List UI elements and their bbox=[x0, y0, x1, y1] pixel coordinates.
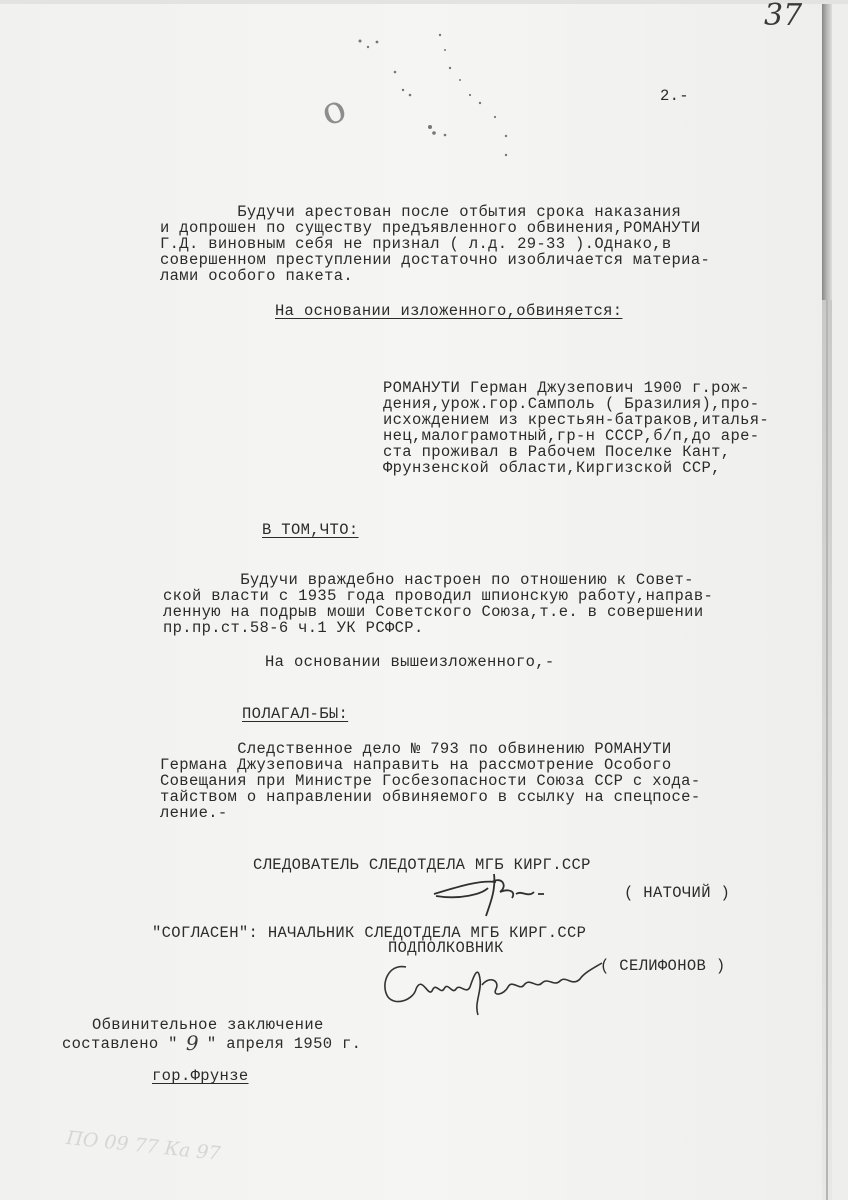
proposal-line: Следственное дело № 793 по обвинению РОМ… bbox=[160, 741, 672, 757]
accused-line: дения,урож.гор.Самполь ( Бразилия),про- bbox=[383, 396, 759, 412]
intro-line: Будучи арестован после отбытия срока нак… bbox=[160, 204, 681, 220]
accused-line: Фрунзенской области,Киргизской ССР, bbox=[383, 460, 721, 476]
page-top-border bbox=[0, 0, 848, 4]
investigator-signature bbox=[430, 870, 550, 920]
proposal-line: тайством о направлении обвиняемого в ссы… bbox=[160, 789, 700, 805]
closing-prefix: составлено " bbox=[62, 1035, 178, 1053]
intro-line: и допрошен по существу предъявленного об… bbox=[160, 220, 700, 236]
approver-signature bbox=[370, 945, 630, 1025]
basis-line: На основании вышеизложенного,- bbox=[265, 654, 555, 670]
intro-line: лами особого пакета. bbox=[160, 268, 353, 284]
faint-dotted-marks bbox=[320, 25, 520, 165]
charge-line: ской власти с 1935 года проводил шпионск… bbox=[163, 588, 713, 604]
proposal-line: Германа Джузеповича направить на рассмот… bbox=[160, 757, 672, 773]
closing-suffix: " апреля 1950 г. bbox=[207, 1035, 361, 1053]
charge-line: ленную на подрыв моши Советского Союза,т… bbox=[163, 604, 703, 620]
accused-line: нец,малограмотный,гр-н СССР,б/п,до аре- bbox=[383, 428, 759, 444]
closing-line-1: Обвинительное заключение bbox=[92, 1017, 324, 1033]
investigator-name: ( НАТОЧИЙ ) bbox=[624, 885, 730, 901]
accused-line: исхождением из крестьян-батраков,италья- bbox=[383, 412, 769, 428]
page-number: 2.- bbox=[660, 88, 689, 104]
sheet-number-handwritten: 37 bbox=[764, 0, 802, 33]
accused-line: ста проживал в Рабочем Поселке Кант, bbox=[383, 444, 730, 460]
heading-accused: На основании изложенного,обвиняется: bbox=[275, 303, 622, 319]
proposal-line: ление.- bbox=[160, 805, 228, 821]
city: гор.Фрунзе bbox=[152, 1068, 249, 1084]
faint-back-mark: ПО 09 77 Ка 97 bbox=[65, 1127, 221, 1165]
charge-line: пр.пр.ст.58-6 ч.1 УК РСФСР. bbox=[163, 620, 424, 636]
intro-line: Г.Д. виновным себя не признал ( л.д. 29-… bbox=[160, 236, 672, 252]
accused-line: РОМАНУТИ Герман Джузепович 1900 г.рож- bbox=[383, 380, 750, 396]
heading-proposed: ПОЛАГАЛ-БЫ: bbox=[242, 706, 348, 722]
proposal-line: Совещания при Министре Госбезопасности С… bbox=[160, 773, 700, 789]
approved-label: "СОГЛАСЕН": НАЧАЛЬНИК СЛЕДОТДЕЛА МГБ КИР… bbox=[152, 925, 586, 941]
charge-line: Будучи враждебно настроен по отношению к… bbox=[163, 572, 694, 588]
intro-line: совершенном преступлении достаточно изоб… bbox=[160, 252, 710, 268]
heading-in-that: В ТОМ,ЧТО: bbox=[262, 522, 359, 538]
closing-line-2: составлено "9" апреля 1950 г. bbox=[62, 1033, 361, 1052]
page-edge-line bbox=[826, 300, 828, 1200]
closing-day-handwritten: 9 bbox=[178, 1031, 207, 1055]
document-page: 37 o 2.- Будучи арестован после отбытия … bbox=[0, 0, 848, 1200]
